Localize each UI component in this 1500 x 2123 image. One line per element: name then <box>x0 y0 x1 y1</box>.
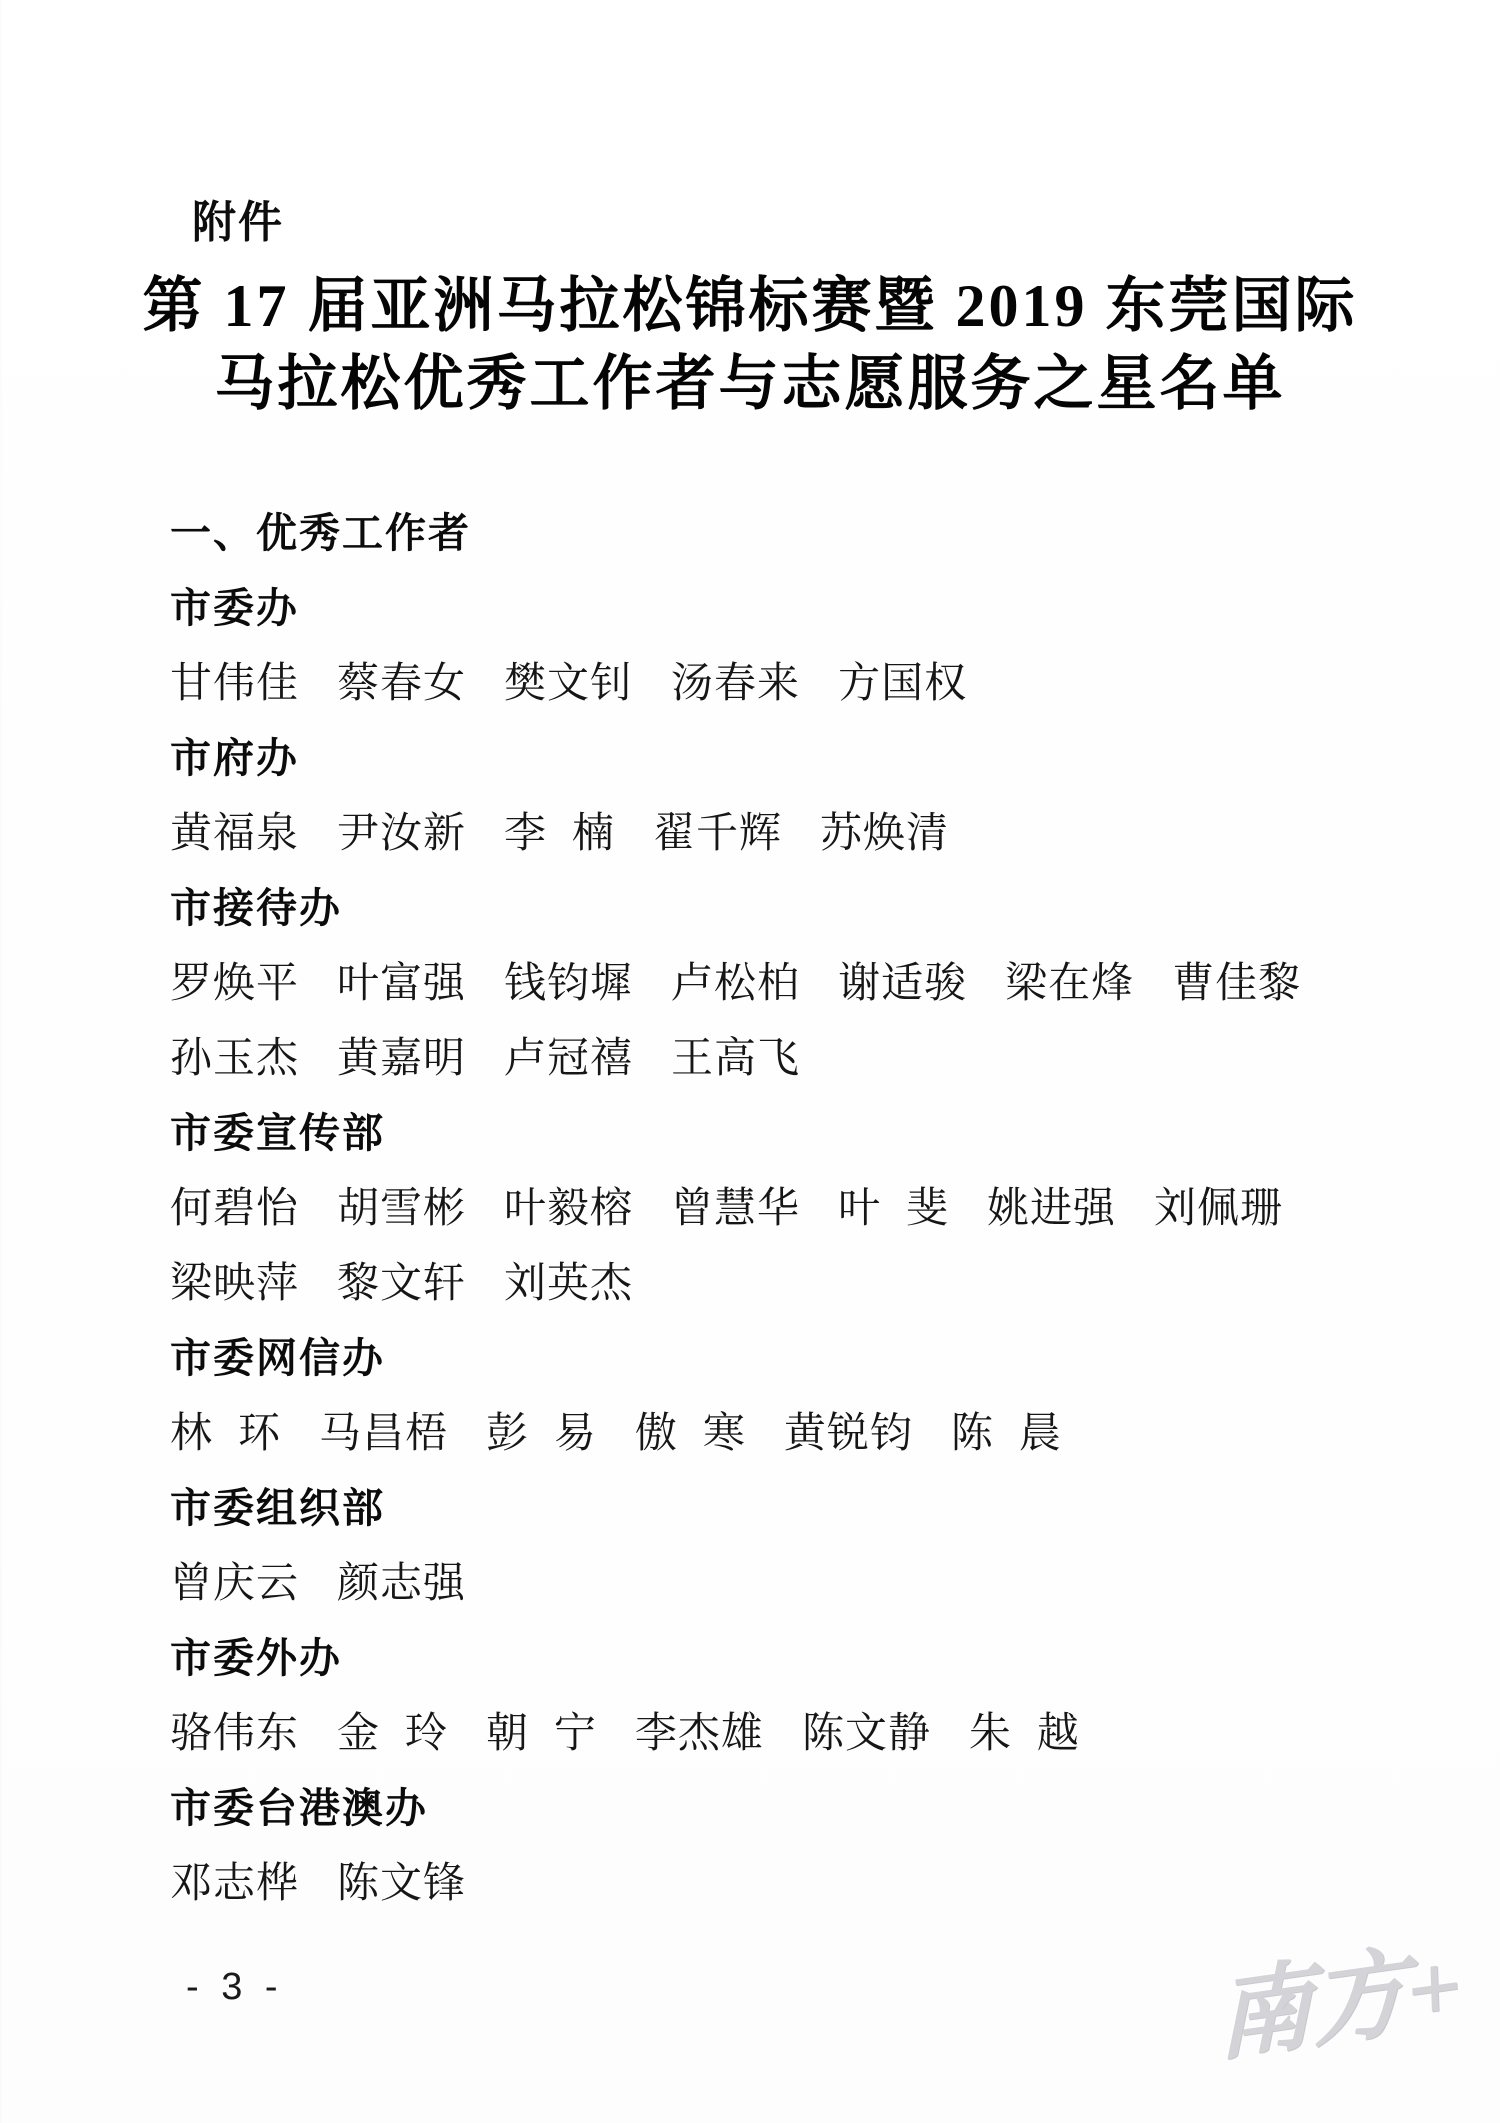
department-heading: 市委外办 <box>170 1617 1440 1692</box>
person-name: 黄锐钧 <box>784 1400 913 1460</box>
person-name: 罗焕平 <box>170 950 299 1010</box>
person-name: 叶 斐 <box>838 1175 949 1235</box>
person-name: 陈 晨 <box>951 1400 1062 1460</box>
name-row: 曾庆云颜志强 <box>170 1542 1440 1617</box>
person-name: 梁映萍 <box>170 1250 299 1310</box>
name-row: 黄福泉尹汝新李 楠翟千辉苏焕清 <box>170 792 1440 867</box>
name-row: 梁映萍黎文轩刘英杰 <box>170 1242 1440 1317</box>
person-name: 卢松柏 <box>671 950 800 1010</box>
person-name: 叶富强 <box>337 950 466 1010</box>
document-title-line1: 第 17 届亚洲马拉松锦标赛暨 2019 东莞国际 <box>0 258 1500 344</box>
department-heading: 市接待办 <box>170 867 1440 942</box>
person-name: 樊文钊 <box>504 650 633 710</box>
name-row: 何碧怡胡雪彬叶毅榕曾慧华叶 斐姚进强刘佩珊 <box>170 1167 1440 1242</box>
person-name: 曹佳黎 <box>1172 950 1301 1010</box>
person-name: 叶毅榕 <box>504 1175 633 1235</box>
person-name: 刘英杰 <box>504 1250 633 1310</box>
person-name: 金 玲 <box>337 1700 448 1760</box>
department-heading: 市委宣传部 <box>170 1092 1440 1167</box>
person-name: 卢冠禧 <box>504 1025 633 1085</box>
person-name: 方国权 <box>838 650 967 710</box>
person-name: 邓志桦 <box>170 1850 299 1910</box>
person-name: 朱 越 <box>969 1700 1080 1760</box>
name-row: 林 环马昌梧彭 易傲 寒黄锐钧陈 晨 <box>170 1392 1440 1467</box>
person-name: 傲 寒 <box>635 1400 746 1460</box>
page-number: - 3 - <box>186 1966 284 2009</box>
department-heading: 市委办 <box>170 567 1440 642</box>
person-name: 陈文静 <box>802 1700 931 1760</box>
person-name: 孙玉杰 <box>170 1025 299 1085</box>
nanfang-plus-watermark: 南方+ <box>1214 1907 1463 2079</box>
name-row: 罗焕平叶富强钱钧墀卢松柏谢适骏梁在烽曹佳黎 <box>170 942 1440 1017</box>
person-name: 蔡春女 <box>337 650 466 710</box>
person-name: 马昌梧 <box>319 1400 448 1460</box>
document-page: 附件 第 17 届亚洲马拉松锦标赛暨 2019 东莞国际 马拉松优秀工作者与志愿… <box>0 0 1500 2123</box>
person-name: 曾庆云 <box>170 1550 299 1610</box>
person-name: 谢适骏 <box>838 950 967 1010</box>
person-name: 何碧怡 <box>170 1175 299 1235</box>
person-name: 陈文锋 <box>337 1850 466 1910</box>
person-name: 甘伟佳 <box>170 650 299 710</box>
person-name: 朝 宁 <box>486 1700 597 1760</box>
person-name: 苏焕清 <box>820 800 949 860</box>
person-name: 黎文轩 <box>337 1250 466 1310</box>
name-row: 邓志桦陈文锋 <box>170 1842 1440 1917</box>
person-name: 梁在烽 <box>1005 950 1134 1010</box>
person-name: 翟千辉 <box>653 800 782 860</box>
person-name: 钱钧墀 <box>504 950 633 1010</box>
person-name: 李杰雄 <box>635 1700 764 1760</box>
attachment-label: 附件 <box>192 186 284 250</box>
department-heading: 市委组织部 <box>170 1467 1440 1542</box>
person-name: 尹汝新 <box>337 800 466 860</box>
person-name: 彭 易 <box>486 1400 597 1460</box>
person-name: 林 环 <box>170 1400 281 1460</box>
person-name: 骆伟东 <box>170 1700 299 1760</box>
person-name: 曾慧华 <box>671 1175 800 1235</box>
person-name: 黄福泉 <box>170 800 299 860</box>
name-row: 骆伟东金 玲朝 宁李杰雄陈文静朱 越 <box>170 1692 1440 1767</box>
person-name: 王高飞 <box>671 1025 800 1085</box>
person-name: 胡雪彬 <box>337 1175 466 1235</box>
document-title-line2: 马拉松优秀工作者与志愿服务之星名单 <box>0 336 1500 422</box>
person-name: 李 楠 <box>504 800 615 860</box>
department-heading: 市府办 <box>170 717 1440 792</box>
person-name: 汤春来 <box>671 650 800 710</box>
worker-list: 一、优秀工作者 市委办甘伟佳蔡春女樊文钊汤春来方国权市府办黄福泉尹汝新李 楠翟千… <box>170 492 1440 1917</box>
person-name: 刘佩珊 <box>1154 1175 1283 1235</box>
section-heading: 一、优秀工作者 <box>170 492 1440 567</box>
person-name: 黄嘉明 <box>337 1025 466 1085</box>
department-heading: 市委网信办 <box>170 1317 1440 1392</box>
person-name: 颜志强 <box>337 1550 466 1610</box>
department-heading: 市委台港澳办 <box>170 1767 1440 1842</box>
person-name: 姚进强 <box>987 1175 1116 1235</box>
name-row: 甘伟佳蔡春女樊文钊汤春来方国权 <box>170 642 1440 717</box>
name-row: 孙玉杰黄嘉明卢冠禧王高飞 <box>170 1017 1440 1092</box>
